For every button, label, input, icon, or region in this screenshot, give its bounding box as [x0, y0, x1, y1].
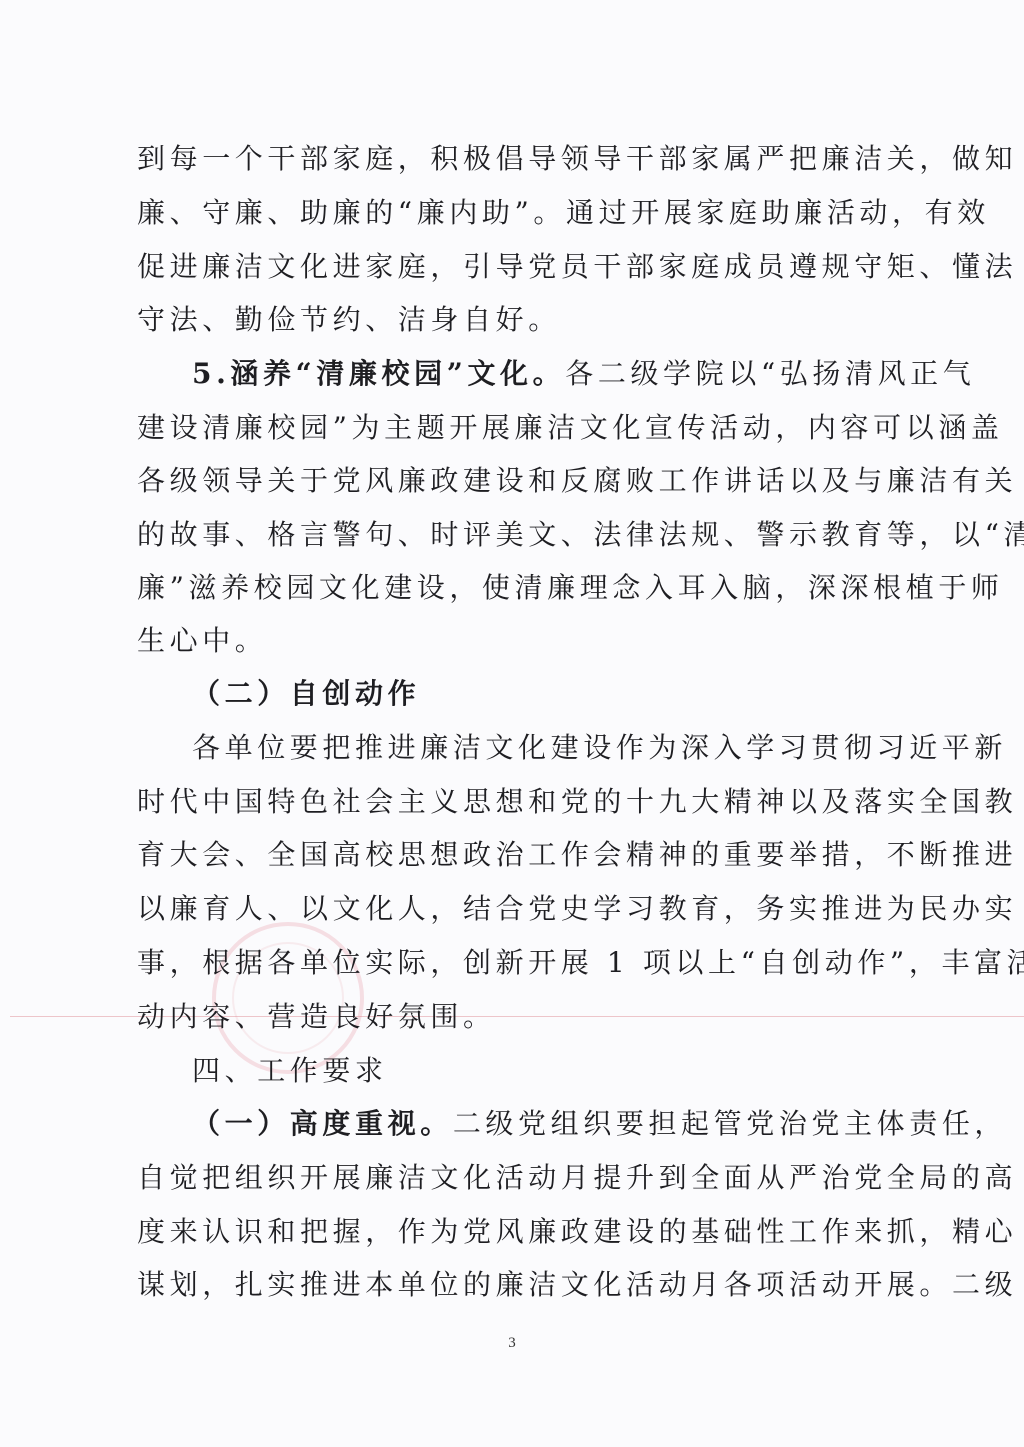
body-text: 自觉把组织开展廉洁文化活动月提升到全面从严治党全局的高: [137, 1161, 1017, 1194]
text-line: （一）高度重视。二级党组织要担起管党治党主体责任，: [192, 1107, 887, 1141]
text-line: 建设清廉校园”为主题开展廉洁文化宣传活动，内容可以涵盖: [137, 411, 887, 445]
text-line: 以廉育人、以文化人，结合党史学习教育，务实推进为民办实: [137, 892, 887, 926]
body-text: 谋划，扎实推进本单位的廉洁文化活动月各项活动开展。二级: [137, 1268, 1017, 1301]
body-text: 守法、勤俭节约、洁身自好。: [137, 303, 561, 336]
body-text: 四、工作要求: [192, 1054, 388, 1087]
body-text: 动内容、营造良好氛围。: [137, 1000, 496, 1033]
body-text: 建设清廉校园”为主题开展廉洁文化宣传活动，内容可以涵盖: [137, 411, 1004, 444]
text-line: 廉、守廉、助廉的“廉内助”。通过开展家庭助廉活动，有效: [137, 196, 887, 230]
text-line: 事，根据各单位实际，创新开展 1 项以上“自创动作”，丰富活: [137, 946, 887, 980]
body-text: 度来认识和把握，作为党风廉政建设的基础性工作来抓，精心: [137, 1215, 1017, 1248]
body-text: 到每一个干部家庭，积极倡导领导干部家属严把廉洁关，做知: [137, 142, 1017, 175]
text-line: 守法、勤俭节约、洁身自好。: [137, 303, 887, 337]
body-text: 时代中国特色社会主义思想和党的十九大精神以及落实全国教: [137, 785, 1017, 818]
text-line: 谋划，扎实推进本单位的廉洁文化活动月各项活动开展。二级: [137, 1268, 887, 1302]
text-line: 到每一个干部家庭，积极倡导领导干部家属严把廉洁关，做知: [137, 142, 887, 176]
body-text: 各级领导关于党风廉政建设和反腐败工作讲话以及与廉洁有关: [137, 464, 1017, 497]
document-page: 到每一个干部家庭，积极倡导领导干部家属严把廉洁关，做知廉、守廉、助廉的“廉内助”…: [0, 0, 1024, 1447]
text-line: 生心中。: [137, 624, 887, 658]
heading-text: 5.涵养“清廉校园”文化。: [192, 357, 565, 390]
text-line: 促进廉洁文化进家庭，引导党员干部家庭成员遵规守矩、懂法: [137, 250, 887, 284]
heading-text: （一）高度重视。: [192, 1107, 453, 1140]
text-line: 动内容、营造良好氛围。: [137, 1000, 887, 1034]
text-line: 各单位要把推进廉洁文化建设作为深入学习贯彻习近平新: [192, 731, 887, 765]
body-text: 廉”滋养校园文化建设，使清廉理念入耳入脑，深深根植于师: [137, 571, 1004, 604]
body-text: 廉、守廉、助廉的“廉内助”。通过开展家庭助廉活动，有效: [137, 196, 990, 229]
body-text: 各单位要把推进廉洁文化建设作为深入学习贯彻习近平新: [192, 731, 1007, 764]
text-line: 时代中国特色社会主义思想和党的十九大精神以及落实全国教: [137, 785, 887, 819]
text-line: 廉”滋养校园文化建设，使清廉理念入耳入脑，深深根植于师: [137, 571, 887, 605]
body-text: 育大会、全国高校思想政治工作会精神的重要举措，不断推进: [137, 838, 1017, 871]
body-text: 以廉育人、以文化人，结合党史学习教育，务实推进为民办实: [137, 892, 1017, 925]
page-number: 3: [0, 1335, 1024, 1352]
text-line: 自觉把组织开展廉洁文化活动月提升到全面从严治党全局的高: [137, 1161, 887, 1195]
text-line: 四、工作要求: [192, 1054, 887, 1088]
body-text: 事，根据各单位实际，创新开展 1 项以上“自创动作”，丰富活: [137, 946, 1024, 979]
body-text: 二级党组织要担起管党治党主体责任，: [453, 1107, 1007, 1140]
text-line: 5.涵养“清廉校园”文化。各二级学院以“弘扬清风正气: [192, 357, 887, 391]
text-line: 育大会、全国高校思想政治工作会精神的重要举措，不断推进: [137, 838, 887, 872]
red-seal-stamp: [212, 922, 364, 1074]
text-line: （二）自创动作: [192, 677, 887, 711]
text-line: 各级领导关于党风廉政建设和反腐败工作讲话以及与廉洁有关: [137, 464, 887, 498]
body-text: 各二级学院以“弘扬清风正气: [565, 357, 975, 390]
text-line: 度来认识和把握，作为党风廉政建设的基础性工作来抓，精心: [137, 1215, 887, 1249]
body-text: 的故事、格言警句、时评美文、法律法规、警示教育等，以“清: [137, 518, 1024, 551]
text-line: 的故事、格言警句、时评美文、法律法规、警示教育等，以“清: [137, 518, 887, 552]
heading-text: （二）自创动作: [192, 677, 420, 710]
body-text: 生心中。: [137, 624, 267, 657]
body-text: 促进廉洁文化进家庭，引导党员干部家庭成员遵规守矩、懂法: [137, 250, 1017, 283]
